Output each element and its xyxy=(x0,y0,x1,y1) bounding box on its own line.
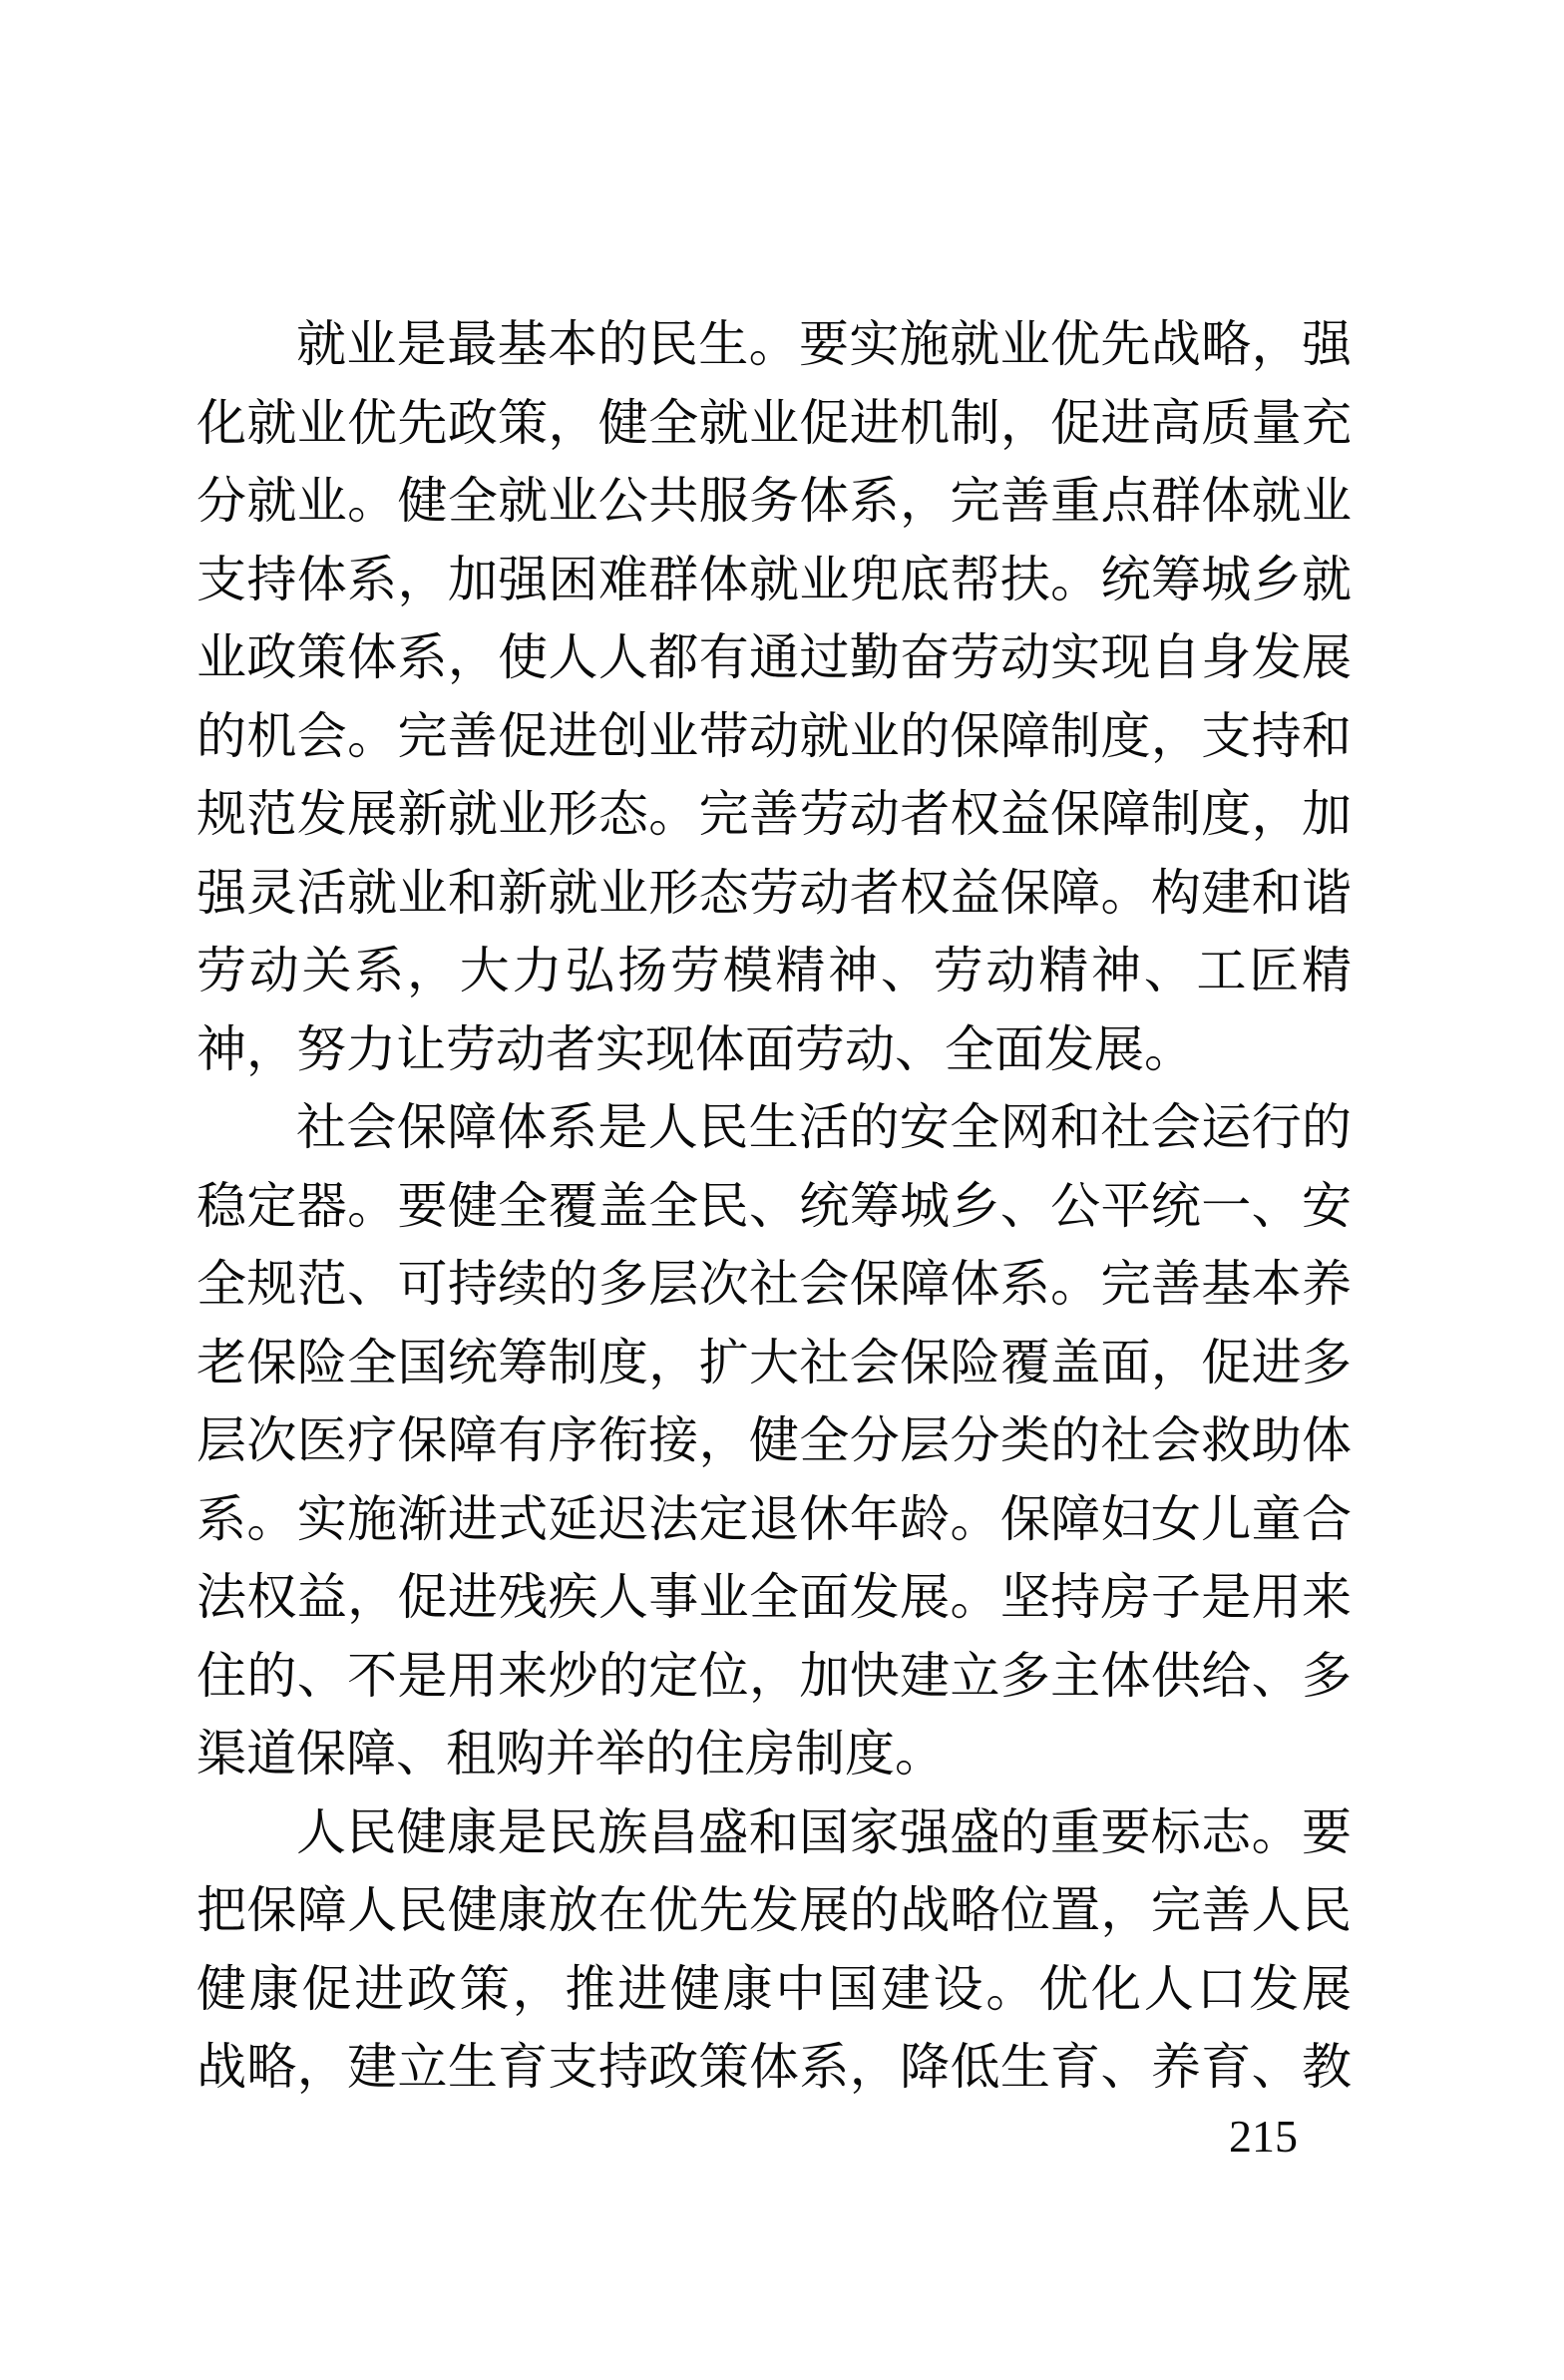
book-page: 就业是最基本的民生。要实施就业优先战略，强化就业优先政策，健全就业促进机制，促进… xyxy=(0,0,1564,2380)
text-line: 老保险全国统筹制度，扩大社会保险覆盖面，促进多 xyxy=(196,1324,1352,1402)
text-line: 人民健康是民族昌盛和国家强盛的重要标志。要 xyxy=(196,1793,1352,1872)
paragraph-3: 人民健康是民族昌盛和国家强盛的重要标志。要把保障人民健康放在优先发展的战略位置，… xyxy=(196,1793,1352,2107)
text-line: 规范发展新就业形态。完善劳动者权益保障制度，加 xyxy=(196,775,1352,854)
text-line: 健康促进政策，推进健康中国建设。优化人口发展 xyxy=(196,1950,1352,2029)
text-line: 系。实施渐进式延迟法定退休年龄。保障妇女儿童合 xyxy=(196,1480,1352,1559)
text-line: 住的、不是用来炒的定位，加快建立多主体供给、多 xyxy=(196,1637,1352,1716)
text-line: 就业是最基本的民生。要实施就业优先战略，强 xyxy=(196,305,1352,384)
paragraph-1: 就业是最基本的民生。要实施就业优先战略，强化就业优先政策，健全就业促进机制，促进… xyxy=(196,305,1352,1088)
text-line: 分就业。健全就业公共服务体系，完善重点群体就业 xyxy=(196,462,1352,541)
text-line: 神，努力让劳动者实现体面劳动、全面发展。 xyxy=(196,1010,1352,1089)
text-line: 社会保障体系是人民生活的安全网和社会运行的 xyxy=(196,1088,1352,1167)
text-line: 稳定器。要健全覆盖全民、统筹城乡、公平统一、安 xyxy=(196,1167,1352,1246)
text-line: 把保障人民健康放在优先发展的战略位置，完善人民 xyxy=(196,1871,1352,1950)
text-line: 的机会。完善促进创业带动就业的保障制度，支持和 xyxy=(196,697,1352,776)
page-number: 215 xyxy=(1229,2111,1298,2163)
body-text: 就业是最基本的民生。要实施就业优先战略，强化就业优先政策，健全就业促进机制，促进… xyxy=(196,305,1352,2107)
text-line: 强灵活就业和新就业形态劳动者权益保障。构建和谐 xyxy=(196,854,1352,933)
text-line: 层次医疗保障有序衔接，健全分层分类的社会救助体 xyxy=(196,1401,1352,1480)
text-line: 战略，建立生育支持政策体系，降低生育、养育、教 xyxy=(196,2028,1352,2107)
text-line: 全规范、可持续的多层次社会保障体系。完善基本养 xyxy=(196,1245,1352,1324)
text-line: 化就业优先政策，健全就业促进机制，促进高质量充 xyxy=(196,384,1352,463)
text-line: 劳动关系，大力弘扬劳模精神、劳动精神、工匠精 xyxy=(196,932,1352,1010)
text-line: 法权益，促进残疾人事业全面发展。坚持房子是用来 xyxy=(196,1558,1352,1637)
text-line: 渠道保障、租购并举的住房制度。 xyxy=(196,1715,1352,1793)
paragraph-2: 社会保障体系是人民生活的安全网和社会运行的稳定器。要健全覆盖全民、统筹城乡、公平… xyxy=(196,1088,1352,1793)
text-line: 业政策体系，使人人都有通过勤奋劳动实现自身发展 xyxy=(196,618,1352,697)
text-line: 支持体系，加强困难群体就业兜底帮扶。统筹城乡就 xyxy=(196,541,1352,619)
